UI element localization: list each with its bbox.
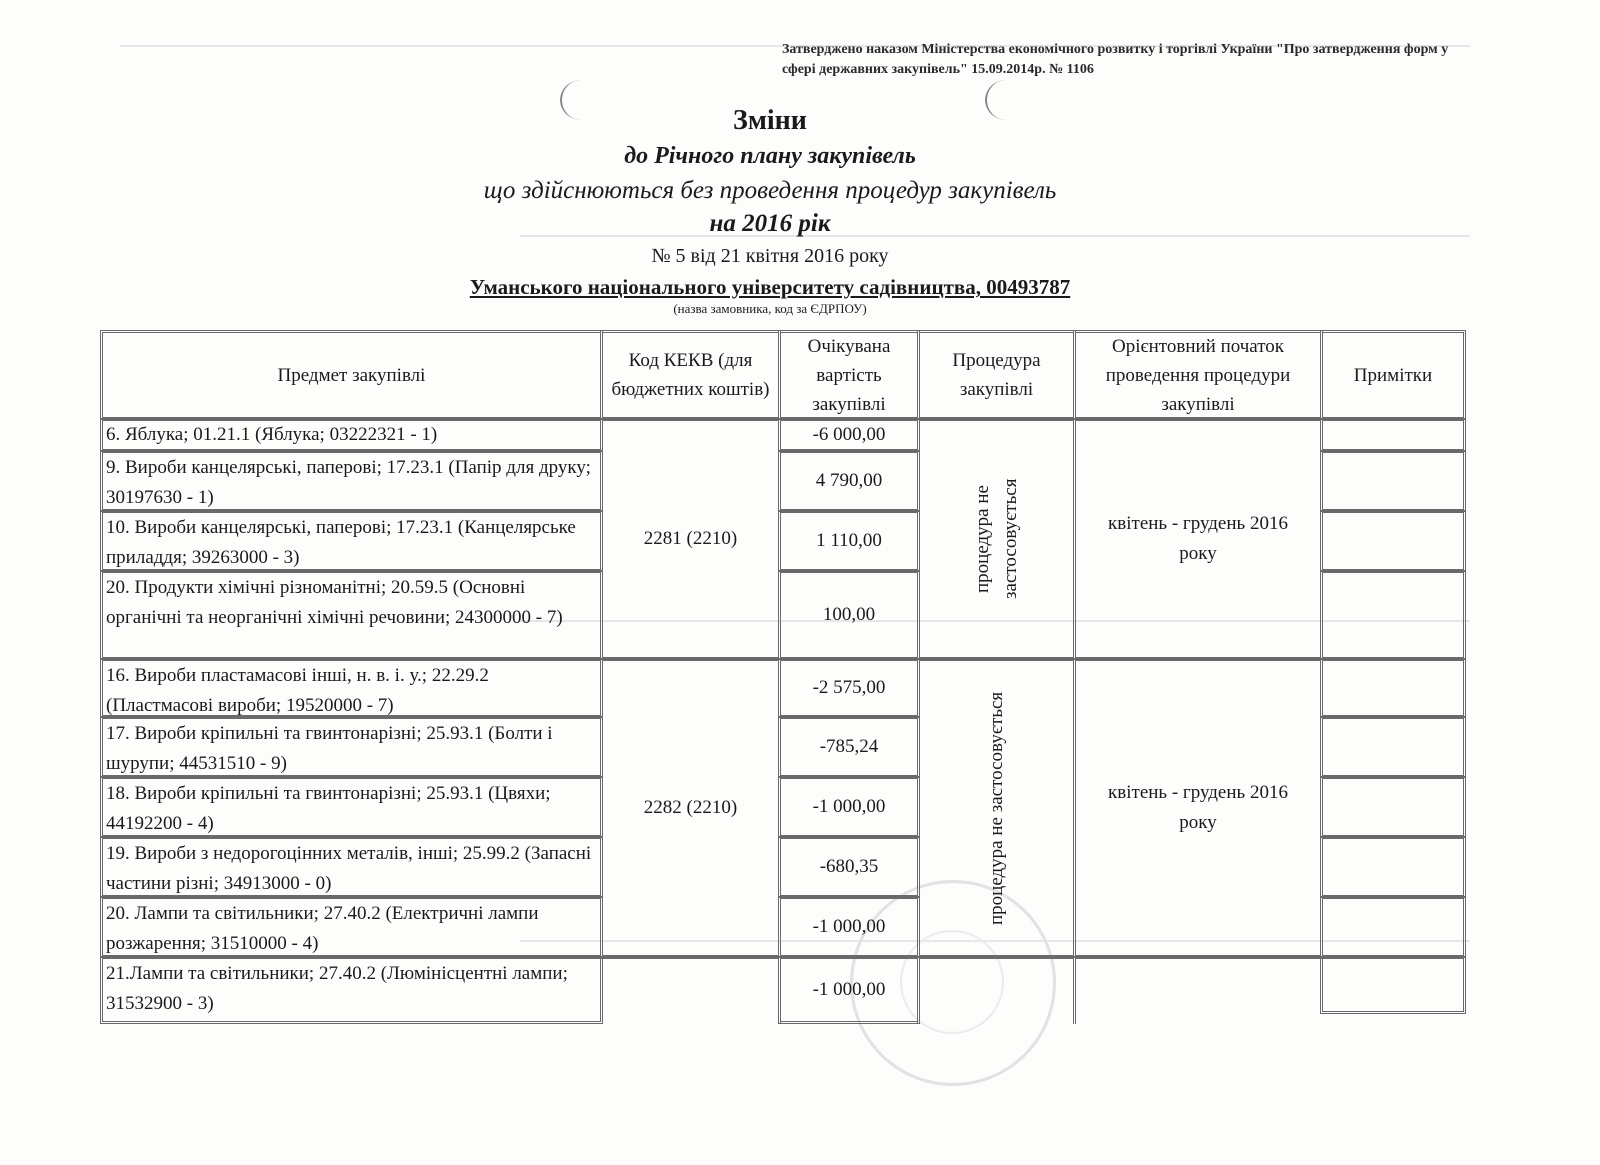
group-code-cell: 2281 (2210) (600, 418, 781, 660)
header-start: Орієнтовний початок проведення процедури… (1073, 330, 1323, 420)
customer-name: Уманського національного університету са… (0, 275, 1540, 300)
table-row-cost: -2 575,00 (778, 658, 920, 718)
header-procedure: Процедура закупівлі (917, 330, 1076, 420)
approval-note-line2: сфері державних закупівель" 15.09.2014р.… (782, 60, 1502, 80)
group-code-cell: 2282 (2210) (600, 658, 781, 958)
table-row-subject: 21.Лампи та світильники; 27.40.2 (Люміні… (100, 956, 603, 1024)
approval-note: Затверджено наказом Міністерства економі… (782, 40, 1502, 80)
group-code-cell-continuation (600, 956, 781, 1024)
group-procedure-text: процедура не застосовується (983, 663, 1011, 953)
table-row-notes (1320, 716, 1466, 778)
table-row-subject: 16. Вироби пластамасові інші, н. в. і. у… (100, 658, 603, 718)
table-row-subject: 10. Вироби канцелярські, паперові; 17.23… (100, 510, 603, 572)
approval-note-line1: Затверджено наказом Міністерства економі… (782, 40, 1502, 60)
table-row-notes (1320, 570, 1466, 660)
group-start-cell: квітень - грудень 2016 року (1073, 418, 1323, 660)
table-row-cost: -1 000,00 (778, 776, 920, 838)
group-procedure-text: процедура не застосовується (969, 424, 1025, 654)
header-subject: Предмет закупівлі (100, 330, 603, 420)
header-code: Код КЕКВ (для бюджетних коштів) (600, 330, 781, 420)
table-row-cost: 4 790,00 (778, 450, 920, 512)
document-number-date: № 5 від 21 квітня 2016 року (0, 245, 1540, 268)
table-row-notes (1320, 658, 1466, 718)
table-row-cost: -680,35 (778, 836, 920, 898)
table-row-subject: 19. Вироби з недорогоцінних металів, інш… (100, 836, 603, 898)
table-row-cost: -785,24 (778, 716, 920, 778)
document-subtitle-no-procedure: що здійснюються без проведення процедур … (0, 177, 1540, 205)
document-title: Зміни (0, 105, 1540, 137)
group-start-cell-continuation (1073, 956, 1323, 1024)
table-row-notes (1320, 418, 1466, 452)
header-notes: Примітки (1320, 330, 1466, 420)
table-row-notes (1320, 836, 1466, 898)
document-subtitle-plan: до Річного плану закупівель (0, 143, 1540, 170)
table-row-subject: 20. Продукти хімічні різноманітні; 20.59… (100, 570, 603, 660)
table-row-subject: 18. Вироби кріпильні та гвинтонарізні; 2… (100, 776, 603, 838)
group-procedure-cell-continuation (917, 956, 1076, 1024)
group-procedure-cell: процедура не застосовується (917, 418, 1076, 660)
table-row-cost: -6 000,00 (778, 418, 920, 452)
table-row-notes (1320, 956, 1466, 1014)
customer-caption: (назва замовника, код за ЄДРПОУ) (0, 301, 1540, 317)
header-cost: Очікувана вартість закупівлі (778, 330, 920, 420)
table-row-cost: 100,00 (778, 570, 920, 660)
group-procedure-cell: процедура не застосовується (917, 658, 1076, 958)
table-row-subject: 17. Вироби кріпильні та гвинтонарізні; 2… (100, 716, 603, 778)
table-row-subject: 9. Вироби канцелярські, паперові; 17.23.… (100, 450, 603, 512)
group-start-cell: квітень - грудень 2016 року (1073, 658, 1323, 958)
table-row-notes (1320, 776, 1466, 838)
table-row-cost: -1 000,00 (778, 956, 920, 1024)
table-row-notes (1320, 450, 1466, 512)
table-row-subject: 6. Яблука; 01.21.1 (Яблука; 03222321 - 1… (100, 418, 603, 452)
table-row-notes (1320, 896, 1466, 958)
table-row-notes (1320, 510, 1466, 572)
document-subtitle-year: на 2016 рік (0, 210, 1540, 238)
table-row-subject: 20. Лампи та світильники; 27.40.2 (Елект… (100, 896, 603, 958)
table-row-cost: 1 110,00 (778, 510, 920, 572)
table-row-cost: -1 000,00 (778, 896, 920, 958)
